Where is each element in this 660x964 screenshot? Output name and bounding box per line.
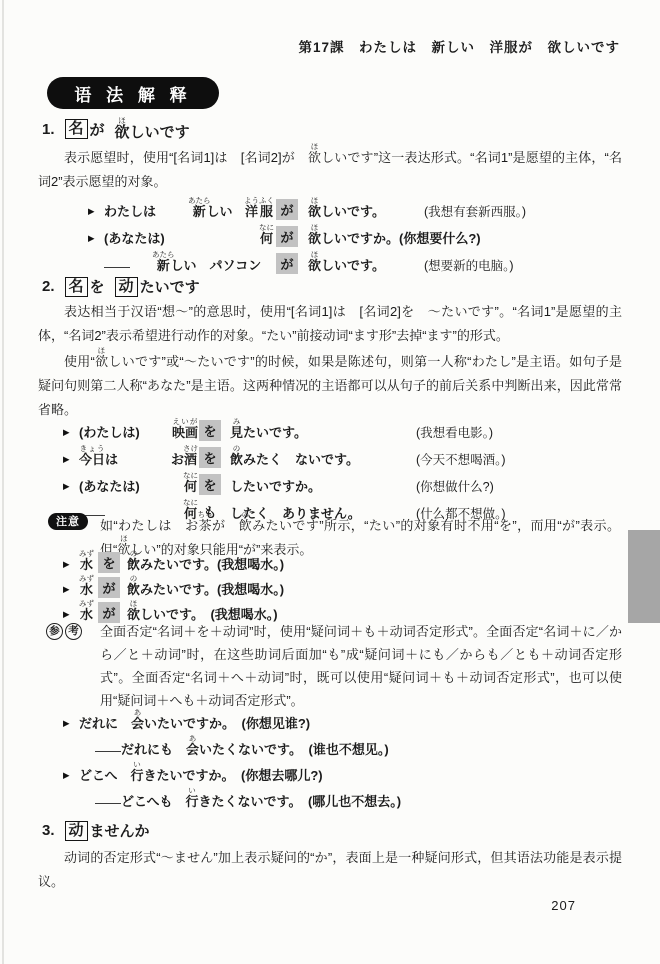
subject: (あなたは) xyxy=(104,228,244,247)
section2-title-rest: たいです xyxy=(140,276,200,297)
example-row: ▶ (あなたは) 何なに が 欲ほしいですか。(你想要什么?) xyxy=(88,220,660,247)
example-bullet-icon: ▶ xyxy=(63,770,79,784)
section3-number: 3. xyxy=(42,822,55,839)
object: 映画えいが xyxy=(155,417,198,441)
answer-text: 行いきたくないです。 (哪儿也不想去。) xyxy=(172,786,401,810)
page-number: 207 xyxy=(551,898,576,913)
note-badge: 注意 xyxy=(48,513,88,530)
chinese-gloss: (今天不想喝酒。) xyxy=(416,450,506,468)
question-row: ▶ どこへ 行いきたいですか。 (你想去哪儿?) xyxy=(0,758,660,784)
particle-highlight: が xyxy=(98,577,119,598)
lesson-header: 第17課 わたしは 新しい 洋服が 欲しいです xyxy=(298,36,620,56)
example-bullet-icon: ▶ xyxy=(63,718,79,732)
example-bullet-icon: ▶ xyxy=(88,233,104,247)
particle-highlight: が xyxy=(276,226,297,247)
particle-highlight: を xyxy=(199,420,220,441)
object: 何なに xyxy=(244,223,274,247)
example-row: ▶ わたしは 新あたらしい 洋服ようふく が 欲ほしいです。 (我想有套新西服。… xyxy=(88,193,660,220)
predicate: 見みたいです。 xyxy=(222,417,416,441)
particle-cell: が xyxy=(274,253,300,274)
chinese-gloss: (你想做什么?) xyxy=(416,477,494,495)
example-bullet-icon xyxy=(88,271,104,274)
question-row: ▶ だれに 会あいたいですか。 (你想见谁?) xyxy=(0,706,660,732)
example-row: ▶ (わたしは) 映画えいが を 見みたいです。 (我想看电影。) xyxy=(63,414,660,441)
example-bullet-icon: ▶ xyxy=(63,427,79,441)
particle-cell: が xyxy=(97,577,121,598)
verb-box: 动 xyxy=(65,821,88,841)
predicate: 欲ほしいです。 xyxy=(300,250,424,274)
subject: わたしは xyxy=(104,201,188,220)
section3-heading: 3. 动 ませんか xyxy=(42,820,150,841)
particle-cell: が xyxy=(274,199,300,220)
particle-highlight: を xyxy=(98,552,119,573)
particle-cell: を xyxy=(198,420,222,441)
section2-paragraph1: 表达相当于汉语“想～”的意思时，使用“[名词1]は [名词2]を ～たいです”。… xyxy=(38,300,622,348)
question-text: だれに 会あいたいですか。 (你想见谁?) xyxy=(79,708,310,732)
section2-heading: 2. 名 を 动 たいです xyxy=(42,276,200,297)
particle-highlight: を xyxy=(199,474,220,495)
subject: 水みず xyxy=(79,574,97,598)
example-bullet-icon: ▶ xyxy=(63,559,79,573)
reference-badge-char: 考 xyxy=(65,623,82,640)
section2-paragraph2: 使用“欲ほしいです”或“～たいです”的时候，如果是陈述句，则第一人称“わたし”是… xyxy=(38,346,622,422)
predicate: 欲ほしいですか。(你想要什么?) xyxy=(300,223,481,247)
reference-paragraph: 全面否定“名词＋を＋动词”时，使用“疑问词＋も＋动词否定形式”。全面否定“名词＋… xyxy=(100,624,622,708)
textbook-page: { "colors":{"highlight":"#c2c2c2","banne… xyxy=(0,0,660,964)
example-bullet-icon: ▶ xyxy=(88,206,104,220)
section1-particle: が xyxy=(90,119,105,140)
answer-row: ——どこへも 行いきたくないです。 (哪儿也不想去。) xyxy=(0,784,660,810)
example-row: ▶ 水みず を 飲のみたいです。(我想喝水。) xyxy=(63,548,660,573)
object: お酒さけ xyxy=(155,444,198,468)
example-bullet-icon: ▶ xyxy=(63,481,79,495)
modifier: 新あたらしい xyxy=(188,196,244,220)
answer-bold: どこへも xyxy=(121,791,172,810)
section3-paragraph: 动词的否定形式“～ません”加上表示疑问的“か”，表面上是一种疑问形式，但其语法功… xyxy=(38,846,622,894)
answer-text: 会あいたくないです。 (谁也不想见。) xyxy=(173,734,389,758)
predicate: したいですか。 xyxy=(222,476,416,495)
noun-box: 名 xyxy=(65,277,88,297)
chinese-gloss: (想要新的电脑。) xyxy=(424,256,514,274)
section1-examples: ▶ わたしは 新あたらしい 洋服ようふく が 欲ほしいです。 (我想有套新西服。… xyxy=(0,193,660,274)
example-row: ▶ 水みず が 飲のみたいです。(我想喝水。) xyxy=(63,573,660,598)
reference-badge: 参 考 xyxy=(46,623,82,640)
section1-heading: 1. 名 が 欲ほしいです xyxy=(42,116,190,142)
section2-particle: を xyxy=(90,276,105,297)
example-row: ▶ (あなたは) 何なに を したいですか。 (你想做什么?) xyxy=(63,468,660,495)
object: 洋服ようふく xyxy=(244,196,274,220)
note-examples: ▶ 水みず を 飲のみたいです。(我想喝水。) ▶ 水みず が 飲のみたいです。… xyxy=(0,548,660,623)
chinese-gloss: (我想看电影。) xyxy=(416,423,493,441)
predicate: 欲ほしいです。 xyxy=(300,196,424,220)
answer-dash: —— xyxy=(95,795,121,810)
chinese-gloss: (我想有套新西服。) xyxy=(424,202,526,220)
particle-highlight: が xyxy=(276,253,297,274)
reference-badge-char: 参 xyxy=(46,623,63,640)
reference-examples: ▶ だれに 会あいたいですか。 (你想见谁?) ——だれにも 会あいたくないです… xyxy=(0,706,660,810)
predicate: 飲のみたいです。(我想喝水。) xyxy=(121,549,284,573)
section2-examples: ▶ (わたしは) 映画えいが を 見みたいです。 (我想看电影。) ▶ 今日きょ… xyxy=(0,414,660,522)
answer-bold: だれにも xyxy=(121,739,173,758)
example-bullet-icon: ▶ xyxy=(63,454,79,468)
answer-dash: —— xyxy=(104,259,152,274)
particle-cell: を xyxy=(198,447,222,468)
section1-title-rest: 欲ほしいです xyxy=(115,116,190,142)
object: 新あたらしい パソコン xyxy=(152,250,274,274)
section1-paragraph: 表示愿望时，使用“[名词1]は [名词2]が 欲ほしいです”这一表达形式。“名词… xyxy=(38,142,622,194)
answer-dash: —— xyxy=(95,743,121,758)
particle-cell: を xyxy=(97,552,121,573)
subject: 水みず xyxy=(79,549,97,573)
particle-highlight: が xyxy=(276,199,297,220)
particle-highlight: を xyxy=(199,447,220,468)
subject: (あなたは) xyxy=(79,476,155,495)
example-row: ▶ 今日きょうは お酒さけ を 飲のみたく ないです。 (今天不想喝酒。) xyxy=(63,441,660,468)
answer-row: ——だれにも 会あいたくないです。 (谁也不想见。) xyxy=(0,732,660,758)
particle-cell: が xyxy=(274,226,300,247)
grammar-banner: 语 法 解 释 xyxy=(47,77,219,109)
noun-box: 名 xyxy=(65,119,88,139)
section2-number: 2. xyxy=(42,278,55,295)
example-bullet-icon: ▶ xyxy=(63,584,79,598)
particle-cell: を xyxy=(198,474,222,495)
section1-number: 1. xyxy=(42,121,55,138)
subject: (わたしは) xyxy=(79,422,155,441)
subject: 今日きょうは xyxy=(79,444,155,468)
question-text: どこへ 行いきたいですか。 (你想去哪儿?) xyxy=(79,760,323,784)
example-row: —— 新あたらしい パソコン が 欲ほしいです。 (想要新的电脑。) xyxy=(88,247,660,274)
verb-box: 动 xyxy=(115,277,138,297)
chapter-thumb-tab xyxy=(628,530,660,623)
section3-title-rest: ませんか xyxy=(90,820,150,841)
reference-callout: 参 考 全面否定“名词＋を＋动词”时，使用“疑问词＋も＋动词否定形式”。全面否定… xyxy=(38,620,622,712)
predicate: 飲のみたいです。(我想喝水。) xyxy=(121,574,284,598)
object: 何なに xyxy=(155,471,198,495)
predicate: 飲のみたく ないです。 xyxy=(222,444,416,468)
